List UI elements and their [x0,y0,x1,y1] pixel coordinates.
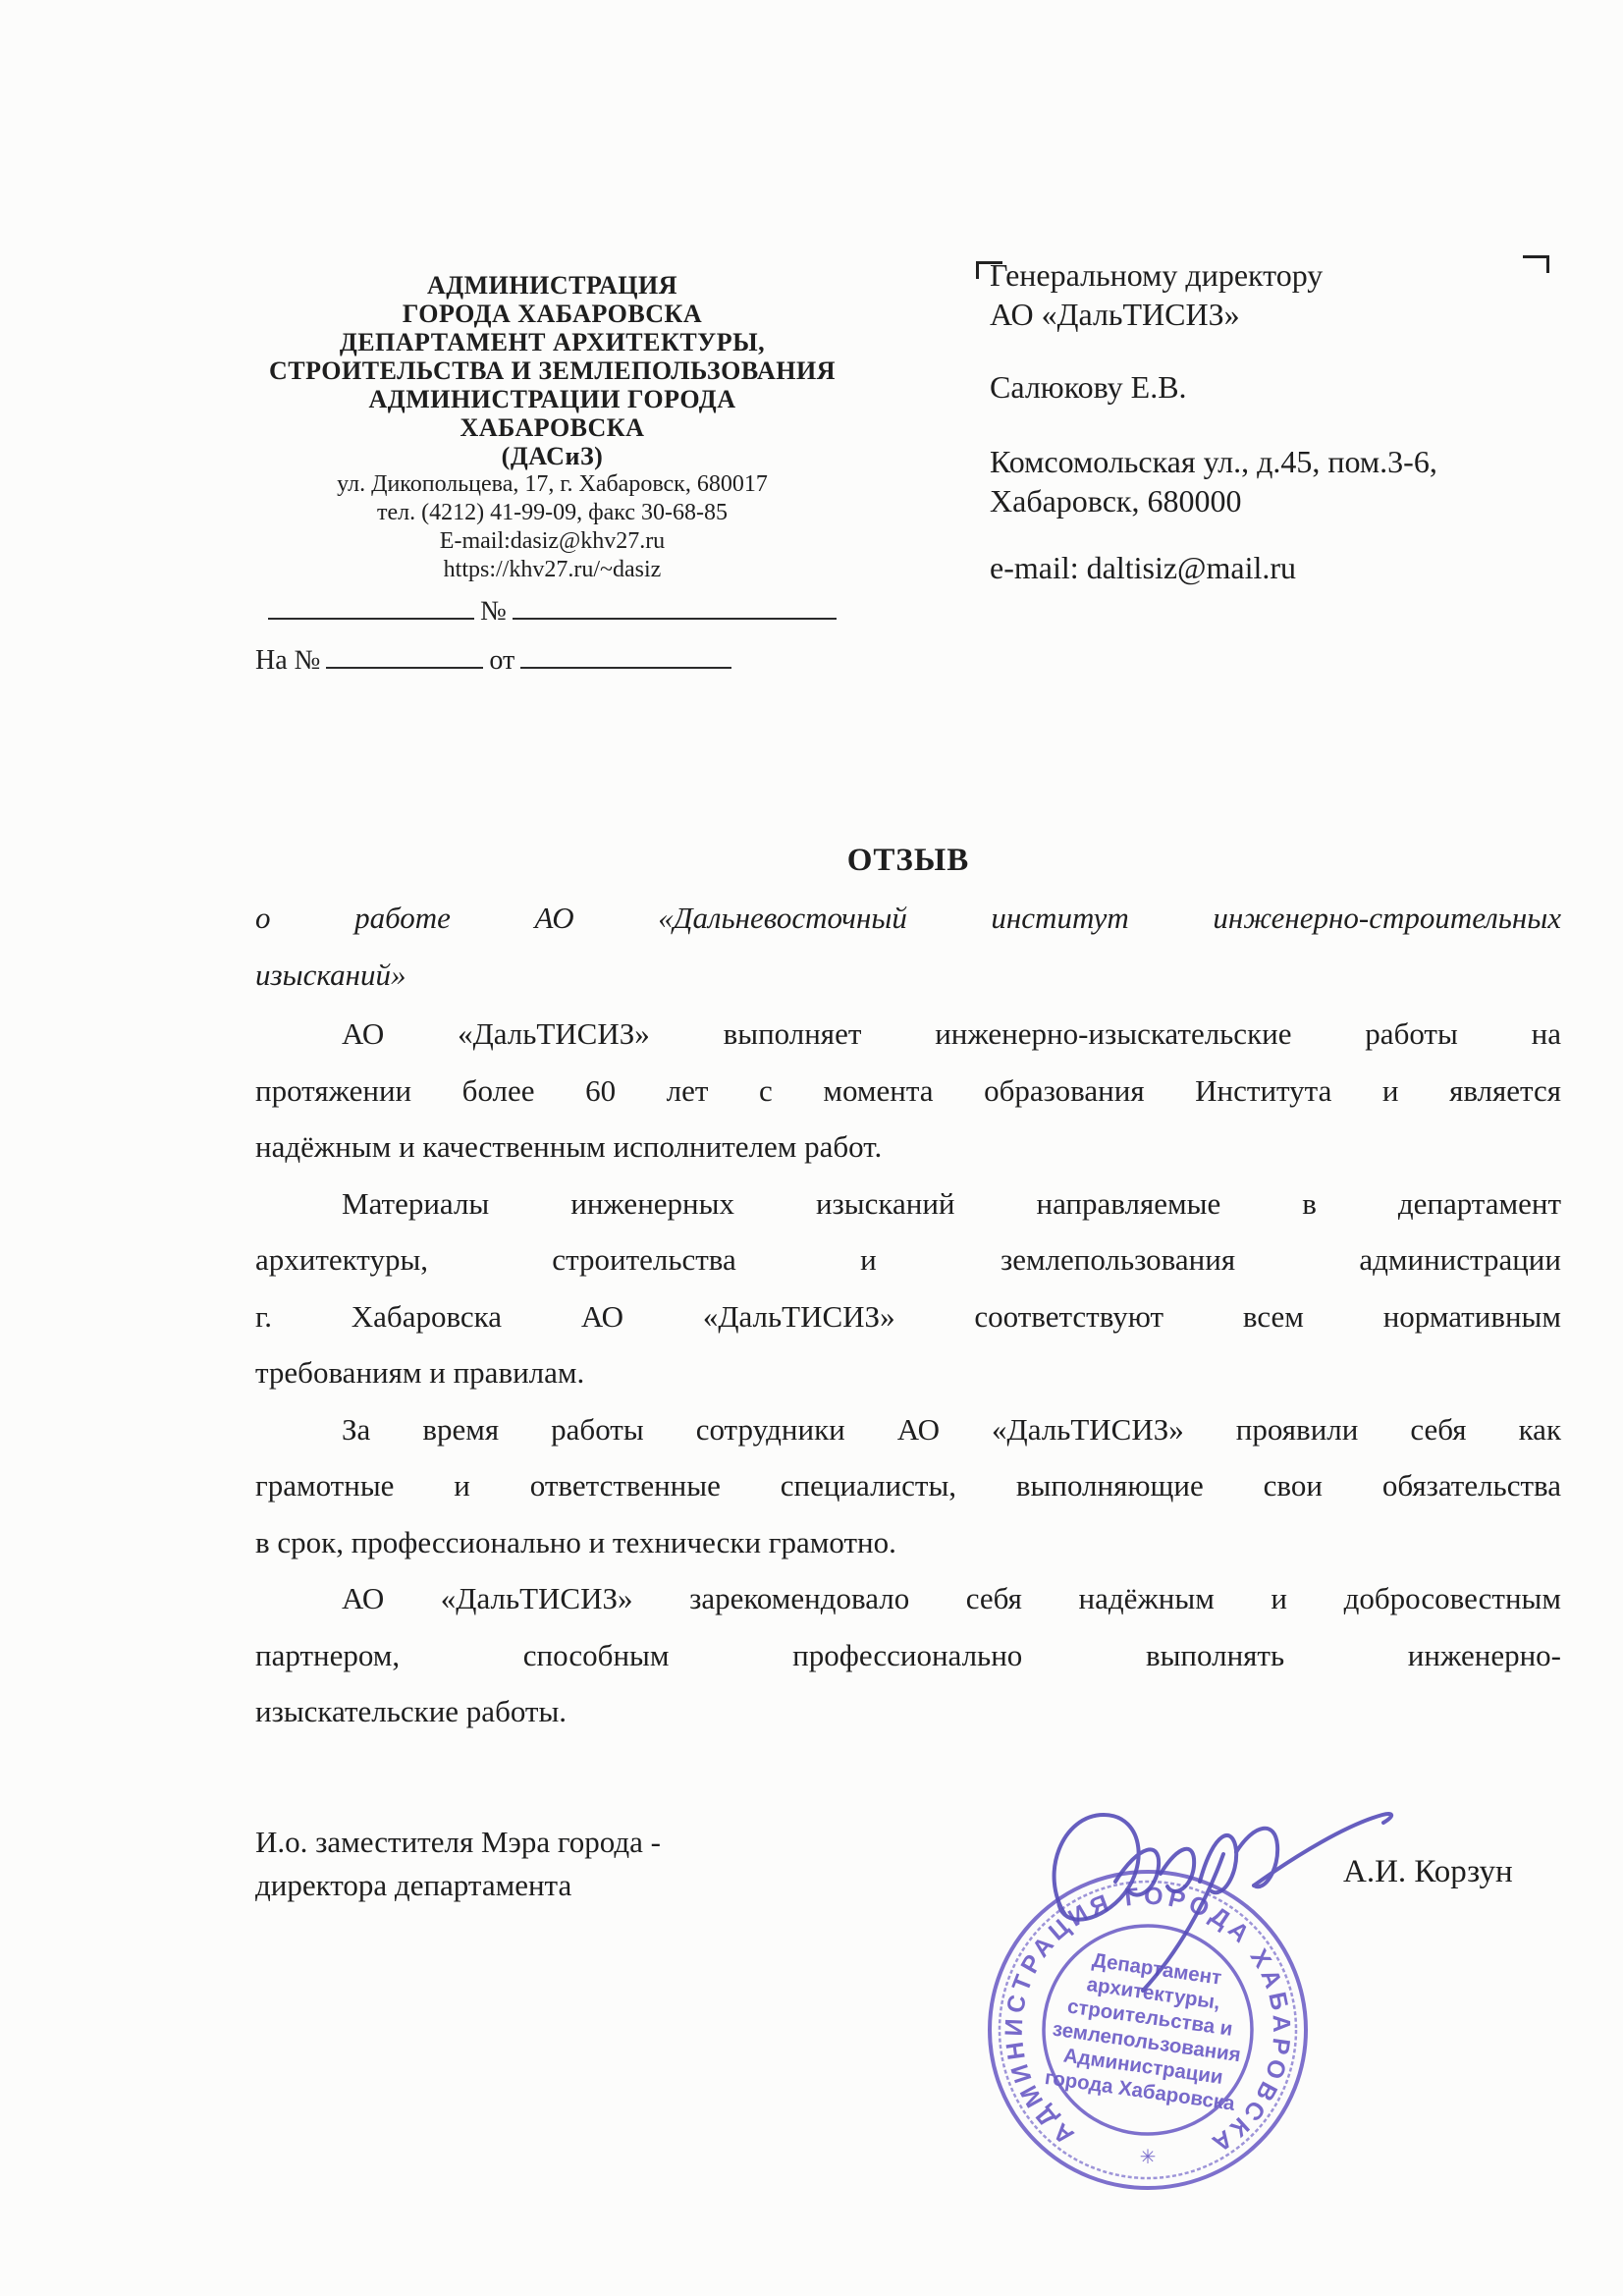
body-paragraph: АО «ДальТИСИЗ» выполняет инженерно-изыск… [255,1006,1561,1175]
body-line: в срок, профессионально и технически гра… [255,1514,1561,1571]
body-line: изыскательские работы. [255,1683,1561,1740]
body-line: требованиям и правилам. [255,1344,1561,1401]
handwritten-signature-graphic [1021,1787,1414,2013]
body-line: АО «ДальТИСИЗ» выполняет инженерно-изыск… [255,1006,1561,1063]
org-abbreviation: (ДАСиЗ) [245,442,859,470]
recipient-email: e-mail: daltisiz@mail.ru [990,548,1561,587]
recipient-title: Генеральному директору [990,255,1561,295]
letter-body: АО «ДальТИСИЗ» выполняет инженерно-изыск… [255,1006,1561,1740]
org-name-line: ХАБАРОВСКА [245,413,859,442]
ref-number-label: № [480,596,507,627]
recipient-address-line: Комсомольская ул., д.45, пом.3-6, [990,442,1561,481]
org-phone-fax: тел. (4212) 41-99-09, факс 30-68-85 [245,499,859,527]
letter-page: АДМИНИСТРАЦИЯ ГОРОДА ХАБАРОВСКА ДЕПАРТАМ… [0,0,1623,2296]
org-name-line: АДМИНИСТРАЦИИ ГОРОДА [245,385,859,413]
recipient-person: Салюкову Е.В. [990,367,1561,407]
ref-from-label: от [489,645,514,676]
blank-line [268,594,474,620]
blank-line [513,594,837,620]
org-name-line: СТРОИТЕЛЬСТВА И ЗЕМЛЕПОЛЬЗОВАНИЯ [245,356,859,385]
org-name-line: ДЕПАРТАМЕНТ АРХИТЕКТУРЫ, [245,328,859,356]
signer-position: И.о. заместителя Мэра города - директора… [255,1821,661,1907]
body-paragraph: Материалы инженерных изысканий направляе… [255,1175,1561,1401]
ref-reply-label: На № [255,645,320,676]
ref-reply-row: На №от [245,643,859,677]
address-corner-left-mark [976,261,1002,279]
org-website: https://khv27.ru/~dasiz [245,556,859,584]
document-subtitle: о работе АО «Дальневосточный институт ин… [255,890,1561,1003]
blank-line [520,643,731,669]
body-line: Материалы инженерных изысканий направляе… [255,1175,1561,1232]
body-line: г. Хабаровска АО «ДальТИСИЗ» соответству… [255,1288,1561,1345]
body-line: грамотные и ответственные специалисты, в… [255,1457,1561,1514]
body-line: АО «ДальТИСИЗ» зарекомендовало себя надё… [255,1570,1561,1627]
recipient-company: АО «ДальТИСИЗ» [990,295,1561,334]
body-line: архитектуры, строительства и землепользо… [255,1231,1561,1288]
subtitle-line: о работе АО «Дальневосточный институт ин… [255,890,1561,947]
body-line: партнером, способным профессионально вып… [255,1627,1561,1684]
signer-position-line: директора департамента [255,1864,661,1907]
handwritten-signature [1021,1787,1414,2013]
body-line: За время работы сотрудники АО «ДальТИСИЗ… [255,1401,1561,1458]
body-line: протяжении более 60 лет с момента образо… [255,1063,1561,1120]
ref-number-row: № [245,594,859,628]
body-line: надёжным и качественным исполнителем раб… [255,1119,1561,1175]
org-postal-address: ул. Дикопольцева, 17, г. Хабаровск, 6800… [245,470,859,499]
stamp-star: ✳ [1140,2147,1157,2168]
body-paragraph: АО «ДальТИСИЗ» зарекомендовало себя надё… [255,1570,1561,1740]
document-title: ОТЗЫВ [255,843,1561,879]
recipient-block: Генеральному директору АО «ДальТИСИЗ» Са… [990,255,1561,587]
blank-line [326,643,483,669]
body-paragraph: За время работы сотрудники АО «ДальТИСИЗ… [255,1401,1561,1571]
org-name-line: ГОРОДА ХАБАРОВСКА [245,300,859,328]
org-name-line: АДМИНИСТРАЦИЯ [245,271,859,300]
org-email: E-mail:dasiz@khv27.ru [245,527,859,556]
subtitle-line: изысканий» [255,947,1561,1004]
address-corner-right-mark [1523,255,1549,273]
letterhead: АДМИНИСТРАЦИЯ ГОРОДА ХАБАРОВСКА ДЕПАРТАМ… [245,271,859,677]
signer-position-line: И.о. заместителя Мэра города - [255,1821,661,1864]
recipient-address-line: Хабаровск, 680000 [990,481,1561,520]
